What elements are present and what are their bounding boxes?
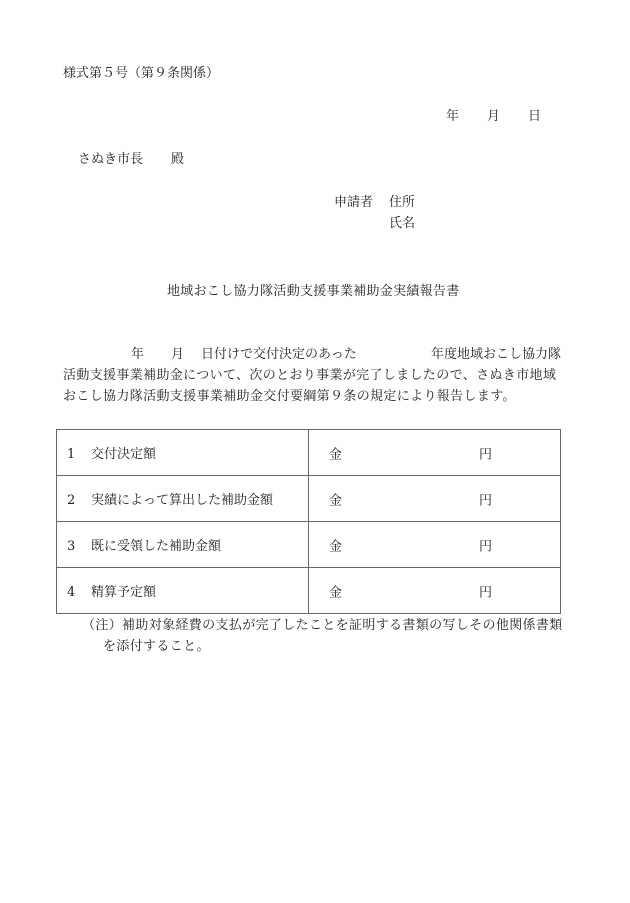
table-row: 2実績によって算出した補助金額 金 円 xyxy=(57,476,561,522)
currency-prefix: 金 xyxy=(329,535,342,554)
currency-unit: 円 xyxy=(479,489,492,508)
form-number: 様式第５号（第９条関係） xyxy=(63,66,219,82)
row-label: 精算予定額 xyxy=(91,585,156,600)
date-day-label: 日 xyxy=(528,109,541,125)
addressee-honorific: 殿 xyxy=(171,152,184,167)
currency-prefix: 金 xyxy=(329,443,342,462)
currency-prefix: 金 xyxy=(329,581,342,600)
addressee-name: さぬき市長 xyxy=(78,152,143,167)
applicant-name-label: 氏名 xyxy=(389,216,415,232)
body-day-text: 日付けで交付決定のあった xyxy=(201,347,357,363)
amount-input-cell[interactable]: 金 円 xyxy=(309,522,561,568)
body-line-2: 活動支援事業補助金について、次のとおり事業が完了しましたので、さぬき市地域 xyxy=(63,368,556,384)
document-title: 地域おこし協力隊活動支援事業補助金実績報告書 xyxy=(167,284,460,300)
applicant-label: 申請者 xyxy=(334,195,373,211)
row-label-cell: 2実績によって算出した補助金額 xyxy=(57,476,309,522)
body-line-3: おこし協力隊活動支援事業補助金交付要綱第９条の規定により報告します。 xyxy=(63,389,516,405)
date-month-label: 月 xyxy=(487,109,500,125)
amount-input-cell[interactable]: 金 円 xyxy=(309,476,561,522)
amount-input-cell[interactable]: 金 円 xyxy=(309,430,561,476)
addressee: さぬき市長殿 xyxy=(78,152,184,168)
currency-unit: 円 xyxy=(479,535,492,554)
body-month-label: 月 xyxy=(171,347,184,363)
row-label-cell: 1交付決定額 xyxy=(57,430,309,476)
row-label: 交付決定額 xyxy=(91,447,156,462)
table-row: 3既に受領した補助金額 金 円 xyxy=(57,522,561,568)
amount-input-cell[interactable]: 金 円 xyxy=(309,568,561,614)
row-number: 4 xyxy=(67,585,91,600)
currency-prefix: 金 xyxy=(329,489,342,508)
row-label: 実績によって算出した補助金額 xyxy=(91,493,273,508)
currency-unit: 円 xyxy=(479,581,492,600)
currency-unit: 円 xyxy=(479,443,492,462)
note-line-1: （注）補助対象経費の支払が完了したことを証明する書類の写しその他関係書類 xyxy=(82,618,563,634)
row-label: 既に受領した補助金額 xyxy=(91,539,221,554)
date-year-label: 年 xyxy=(446,109,459,125)
row-number: 1 xyxy=(67,447,91,462)
body-fiscal-year-text: 年度地域おこし協力隊 xyxy=(431,347,561,363)
note-line-2: を添付すること。 xyxy=(103,639,210,655)
applicant-address-label: 住所 xyxy=(389,195,415,211)
row-number: 3 xyxy=(67,539,91,554)
row-label-cell: 3既に受領した補助金額 xyxy=(57,522,309,568)
body-year-label: 年 xyxy=(131,347,144,363)
row-number: 2 xyxy=(67,493,91,508)
amount-table: 1交付決定額 金 円 2実績によって算出した補助金額 金 円 3既に受領した補助… xyxy=(56,429,561,614)
table-row: 1交付決定額 金 円 xyxy=(57,430,561,476)
row-label-cell: 4精算予定額 xyxy=(57,568,309,614)
table-row: 4精算予定額 金 円 xyxy=(57,568,561,614)
